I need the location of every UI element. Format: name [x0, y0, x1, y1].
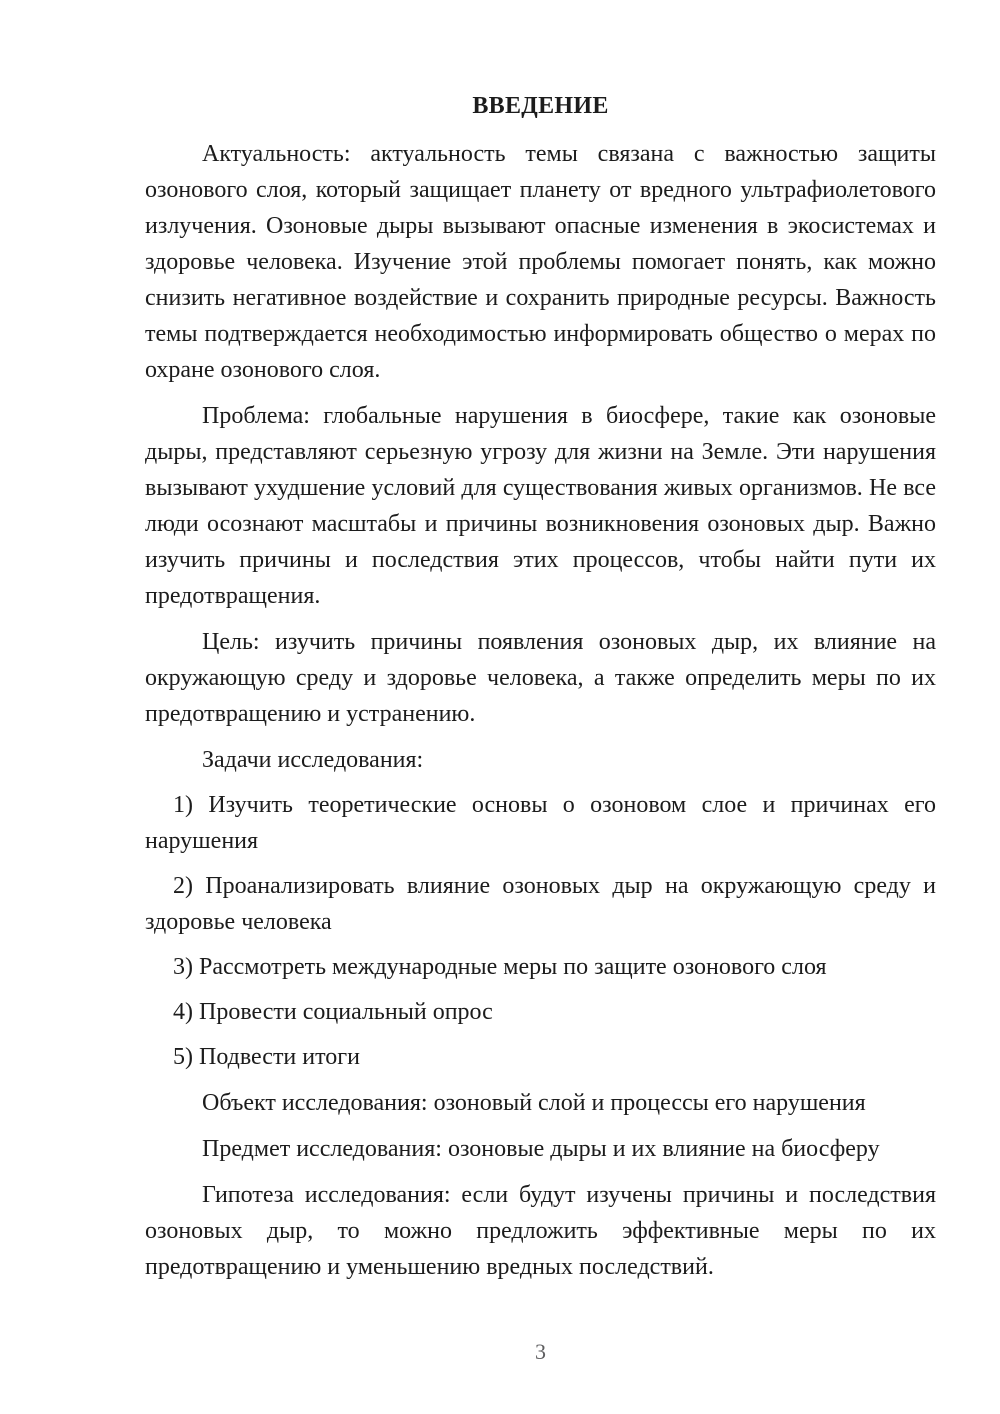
task-item-5: 5) Подвести итоги — [145, 1039, 936, 1075]
task-item-2: 2) Проанализировать влияние озоновых дыр… — [145, 868, 936, 940]
paragraph-problem: Проблема: глобальные нарушения в биосфер… — [145, 398, 936, 614]
task-item-1: 1) Изучить теоретические основы о озонов… — [145, 787, 936, 859]
tasks-heading: Задачи исследования: — [145, 742, 936, 778]
task-item-4: 4) Провести социальный опрос — [145, 994, 936, 1030]
task-item-3: 3) Рассмотреть международные меры по защ… — [145, 949, 936, 985]
paragraph-research-object: Объект исследования: озоновый слой и про… — [145, 1085, 936, 1121]
document-page: ВВЕДЕНИЕ Актуальность: актуальность темы… — [0, 0, 1000, 1414]
paragraph-actuality: Актуальность: актуальность темы связана … — [145, 136, 936, 388]
page-number: 3 — [145, 1340, 936, 1364]
page-title: ВВЕДЕНИЕ — [145, 88, 936, 124]
paragraph-goal: Цель: изучить причины появления озоновых… — [145, 624, 936, 732]
paragraph-research-subject: Предмет исследования: озоновые дыры и их… — [145, 1131, 936, 1167]
paragraph-hypothesis: Гипотеза исследования: если будут изучен… — [145, 1177, 936, 1285]
